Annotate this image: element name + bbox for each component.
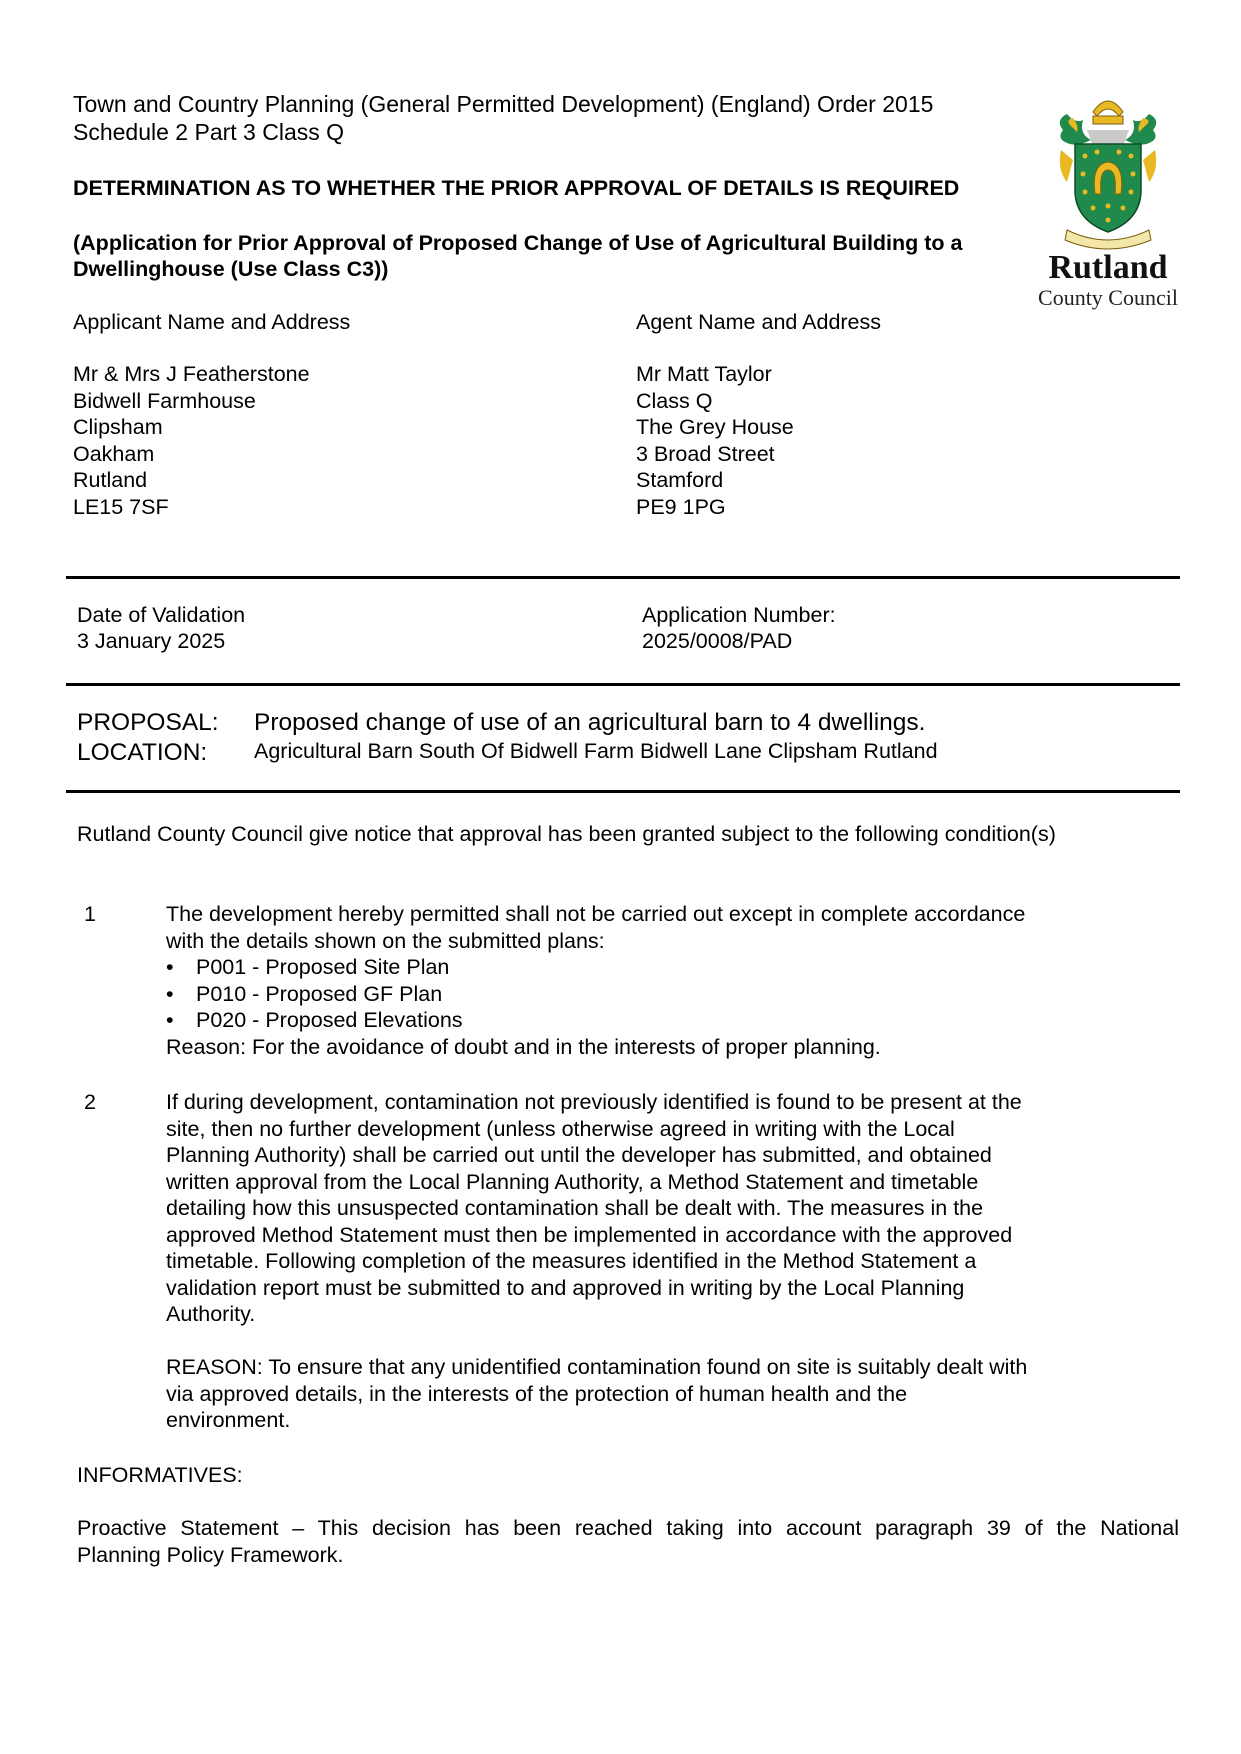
condition-text: approved Method Statement must then be i… [166,1222,1106,1249]
proactive-statement-line1: Proactive Statement – This decision has … [77,1515,1179,1542]
applicant-line: Rutland [73,467,310,494]
bullet-icon: • [166,954,196,981]
applicant-label: Applicant Name and Address [73,309,350,336]
agent-line: Mr Matt Taylor [636,361,794,388]
logo-subtitle: County Council [1033,286,1183,310]
condition-number: 1 [84,901,96,928]
applicant-address: Mr & Mrs J Featherstone Bidwell Farmhous… [73,361,310,520]
informatives-heading: INFORMATIVES: [77,1462,243,1489]
validation-date: 3 January 2025 [77,628,225,655]
location-label: LOCATION: [77,738,207,768]
plan-item: P020 - Proposed Elevations [196,1007,463,1034]
proposal-text: Proposed change of use of an agricultura… [254,708,925,738]
agent-label: Agent Name and Address [636,309,881,336]
divider [66,576,1180,579]
condition-text: If during development, contamination not… [166,1089,1106,1116]
plan-item: P001 - Proposed Site Plan [196,954,449,981]
logo-name: Rutland [1033,250,1183,286]
plan-item: P010 - Proposed GF Plan [196,981,442,1008]
condition-reason: Reason: For the avoidance of doubt and i… [166,1034,1106,1061]
agent-line: Stamford [636,467,794,494]
validation-label: Date of Validation [77,602,245,629]
location-text: Agricultural Barn South Of Bidwell Farm … [254,738,938,765]
plan-list-item: •P001 - Proposed Site Plan [166,954,1106,981]
condition-reason: REASON: To ensure that any unidentified … [166,1354,1106,1381]
proposal-label: PROPOSAL: [77,708,219,738]
applicant-line: Bidwell Farmhouse [73,388,310,415]
condition-reason: environment. [166,1407,1106,1434]
condition-text: detailing how this unsuspected contamina… [166,1195,1106,1222]
coat-of-arms-icon [1053,90,1163,250]
application-number: 2025/0008/PAD [642,628,792,655]
approval-notice: Rutland County Council give notice that … [77,821,1056,848]
condition-text: written approval from the Local Planning… [166,1169,1106,1196]
schedule-title: Schedule 2 Part 3 Class Q [73,118,344,146]
condition-text: timetable. Following completion of the m… [166,1248,1106,1275]
agent-line: The Grey House [636,414,794,441]
determination-heading: DETERMINATION AS TO WHETHER THE PRIOR AP… [73,175,959,202]
applicant-line: LE15 7SF [73,494,310,521]
plan-list-item: •P010 - Proposed GF Plan [166,981,1106,1008]
agent-line: Class Q [636,388,794,415]
application-number-label: Application Number: [642,602,836,629]
proactive-statement-line2: Planning Policy Framework. [77,1542,343,1569]
applicant-line: Oakham [73,441,310,468]
application-type-line2: Dwellinghouse (Use Class C3)) [73,256,388,283]
rutland-county-council-logo: Rutland County Council [1033,90,1183,320]
condition-text: The development hereby permitted shall n… [166,901,1106,928]
condition-text: Planning Authority) shall be carried out… [166,1142,1106,1169]
application-type-line1: (Application for Prior Approval of Propo… [73,230,963,257]
condition-text: site, then no further development (unles… [166,1116,1106,1143]
bullet-icon: • [166,981,196,1008]
condition-2: If during development, contamination not… [166,1089,1106,1434]
agent-address: Mr Matt Taylor Class Q The Grey House 3 … [636,361,794,520]
condition-text: validation report must be submitted to a… [166,1275,1106,1302]
condition-number: 2 [84,1089,96,1116]
order-title: Town and Country Planning (General Permi… [73,90,933,118]
bullet-icon: • [166,1007,196,1034]
applicant-line: Clipsham [73,414,310,441]
divider [66,683,1180,686]
divider [66,790,1180,793]
agent-line: PE9 1PG [636,494,794,521]
condition-text: with the details shown on the submitted … [166,928,1106,955]
agent-line: 3 Broad Street [636,441,794,468]
applicant-line: Mr & Mrs J Featherstone [73,361,310,388]
condition-1: The development hereby permitted shall n… [166,901,1106,1060]
condition-reason: via approved details, in the interests o… [166,1381,1106,1408]
condition-text: Authority. [166,1301,1106,1328]
plan-list-item: •P020 - Proposed Elevations [166,1007,1106,1034]
